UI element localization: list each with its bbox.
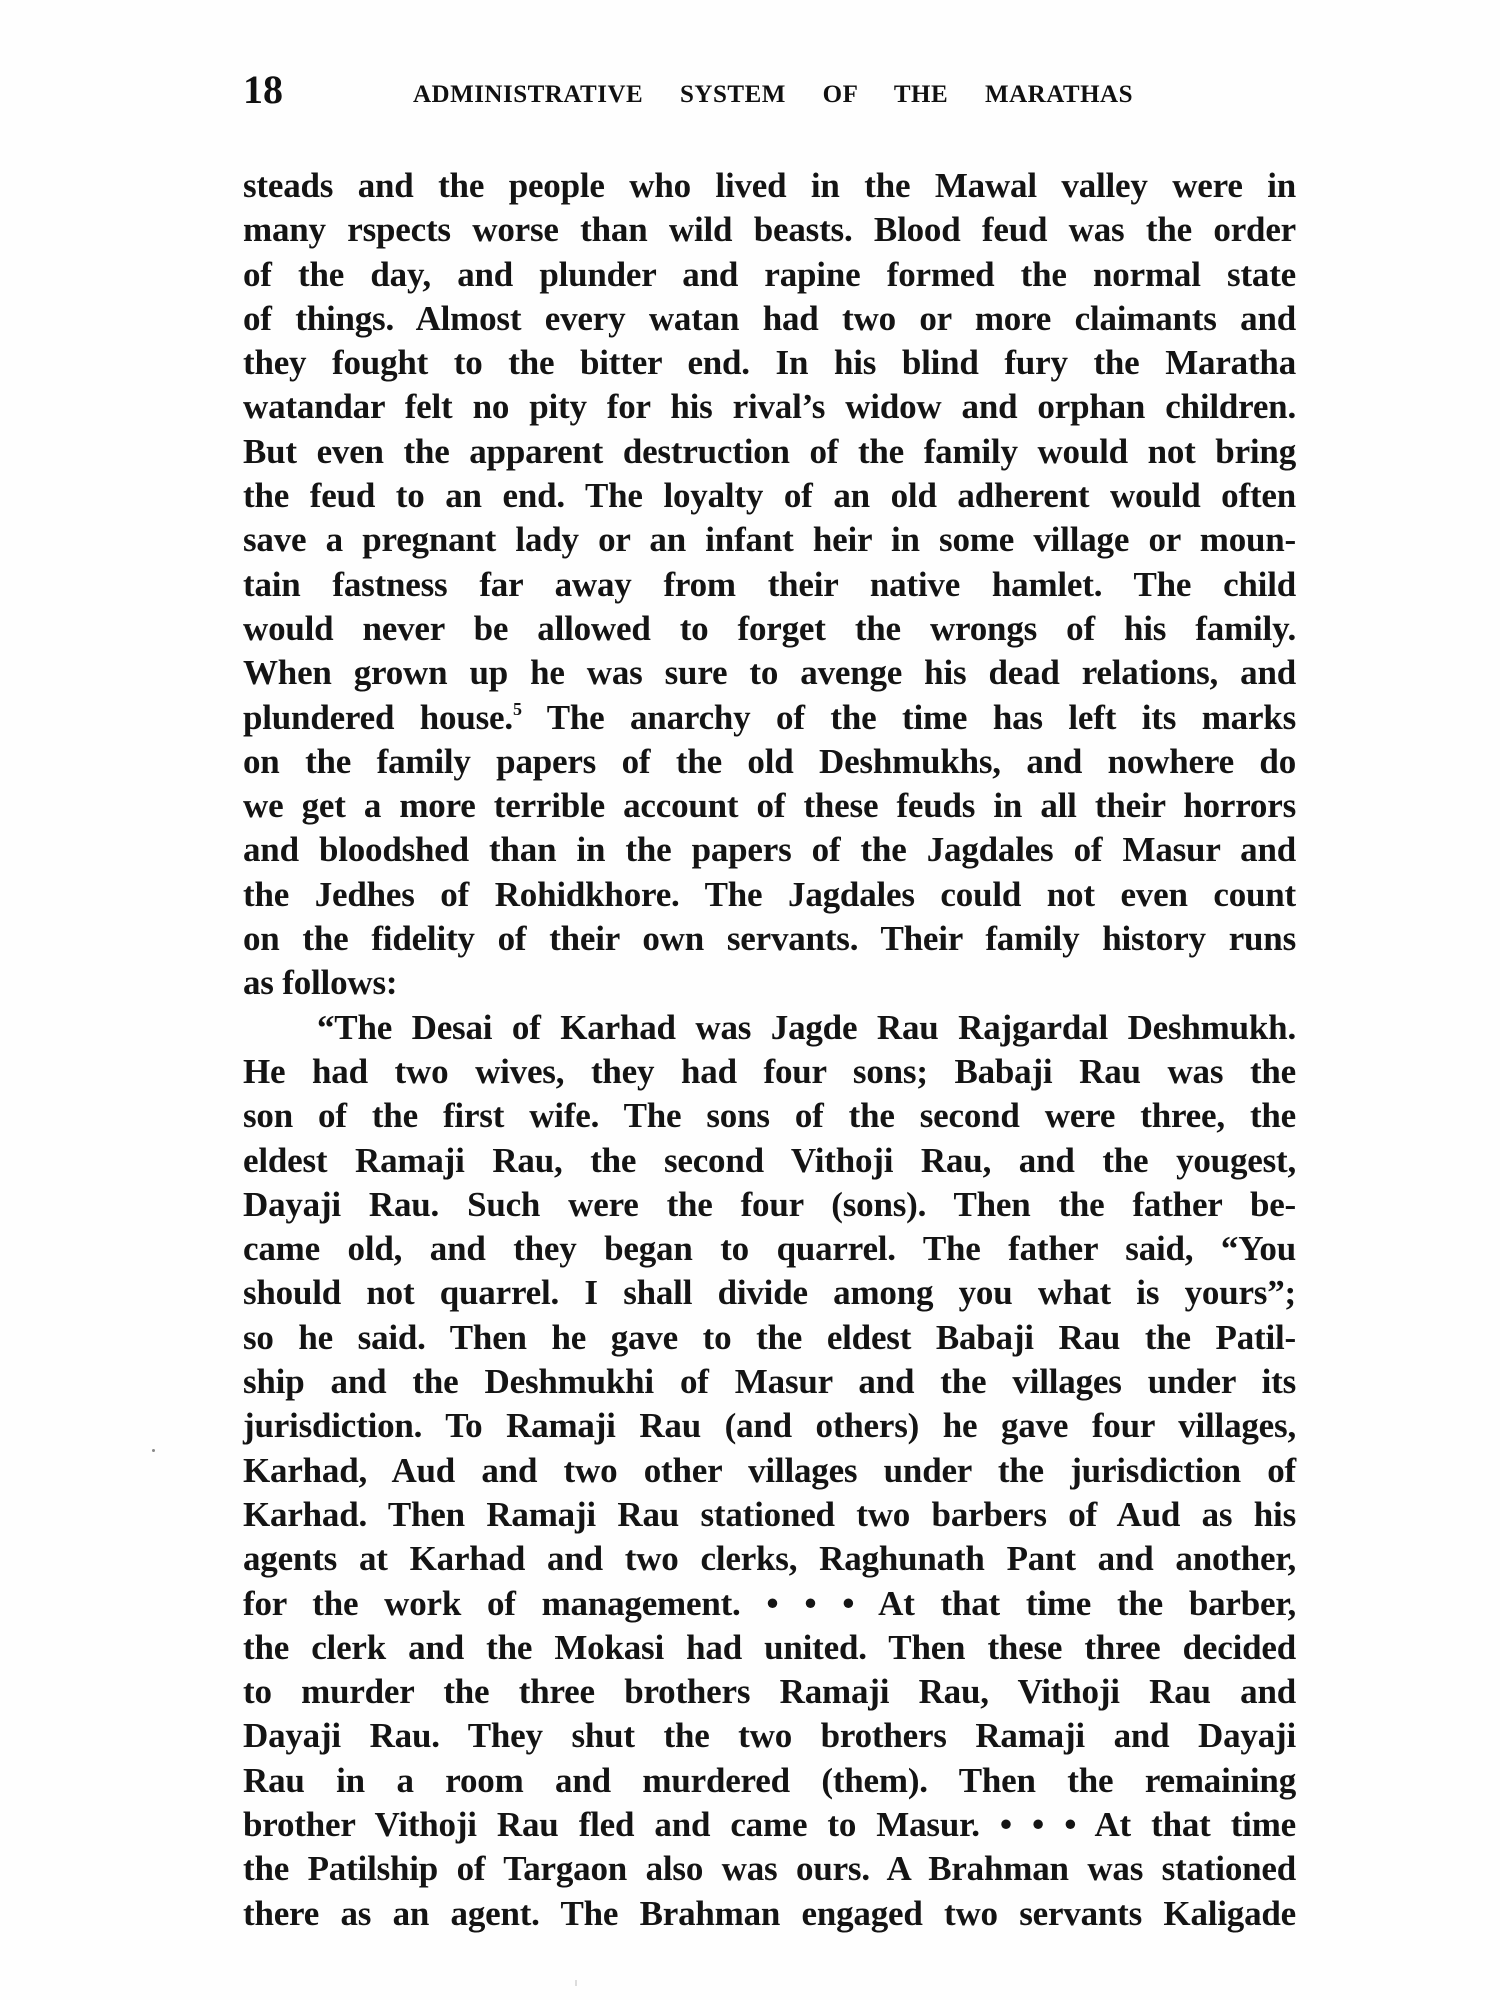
text-line: tain fastness far away from their native… [243,563,1296,607]
text-line: the Jedhes of Rohidkhore. The Jagdales c… [243,873,1296,917]
text-line: save a pregnant lady or an infant heir i… [243,518,1296,562]
line-text: The anarchy of the time has left its mar… [522,698,1296,737]
text-line: Dayaji Rau. They shut the two brothers R… [243,1714,1296,1758]
text-line: agents at Karhad and two clerks, Raghuna… [243,1537,1296,1581]
running-head: ADMINISTRATIVE SYSTEM OF THE MARATHAS [413,80,1133,110]
text-line: son of the first wife. The sons of the s… [243,1094,1296,1138]
text-line: of the day, and plunder and rapine forme… [243,253,1296,297]
text-line: would never be allowed to forget the wro… [243,607,1296,651]
text-line: many rspects worse than wild beasts. Blo… [243,208,1296,252]
text-line: should not quarrel. I shall divide among… [243,1271,1296,1315]
body-text: steads and the people who lived in the M… [243,164,1296,1936]
text-line: the clerk and the Mokasi had united. The… [243,1626,1296,1670]
text-line: we get a more terrible account of these … [243,784,1296,828]
text-line: they fought to the bitter end. In his bl… [243,341,1296,385]
text-line: ship and the Deshmukhi of Masur and the … [243,1360,1296,1404]
text-line: there as an agent. The Brahman engaged t… [243,1892,1296,1936]
text-line-quote-start: “The Desai of Karhad was Jagde Rau Rajga… [243,1006,1296,1050]
line-text: plundered house. [243,698,513,737]
text-line: watandar felt no pity for his rival’s wi… [243,385,1296,429]
text-line-with-footnote: plundered house.5 The anarchy of the tim… [243,696,1296,740]
text-line: steads and the people who lived in the M… [243,164,1296,208]
text-line: jurisdiction. To Ramaji Rau (and others)… [243,1404,1296,1448]
text-line: the Patilship of Targaon also was ours. … [243,1847,1296,1891]
text-line: of things. Almost every watan had two or… [243,297,1296,341]
text-line: on the fidelity of their own servants. T… [243,917,1296,961]
text-line: Karhad. Then Ramaji Rau stationed two ba… [243,1493,1296,1537]
text-line: Karhad, Aud and two other villages under… [243,1449,1296,1493]
scan-speck [152,1449,155,1452]
text-line: But even the apparent destruction of the… [243,430,1296,474]
text-line: on the family papers of the old Deshmukh… [243,740,1296,784]
text-line: Dayaji Rau. Such were the four (sons). T… [243,1183,1296,1227]
text-line: brother Vithoji Rau fled and came to Mas… [243,1803,1296,1847]
text-line-paragraph-end: as follows: [243,961,1296,1005]
text-line: and bloodshed than in the papers of the … [243,828,1296,872]
text-line: so he said. Then he gave to the eldest B… [243,1316,1296,1360]
text-line: came old, and they began to quarrel. The… [243,1227,1296,1271]
footnote-marker[interactable]: 5 [513,699,522,719]
text-line: the feud to an end. The loyalty of an ol… [243,474,1296,518]
text-line: for the work of management. • • • At tha… [243,1582,1296,1626]
text-line: to murder the three brothers Ramaji Rau,… [243,1670,1296,1714]
page-number: 18 [243,70,283,110]
text-line: He had two wives, they had four sons; Ba… [243,1050,1296,1094]
book-page: 18 ADMINISTRATIVE SYSTEM OF THE MARATHAS… [0,0,1500,2000]
text-line: When grown up he was sure to avenge his … [243,651,1296,695]
text-line: Rau in a room and murdered (them). Then … [243,1759,1296,1803]
scan-speck [575,1980,577,1986]
text-line: eldest Ramaji Rau, the second Vithoji Ra… [243,1139,1296,1183]
